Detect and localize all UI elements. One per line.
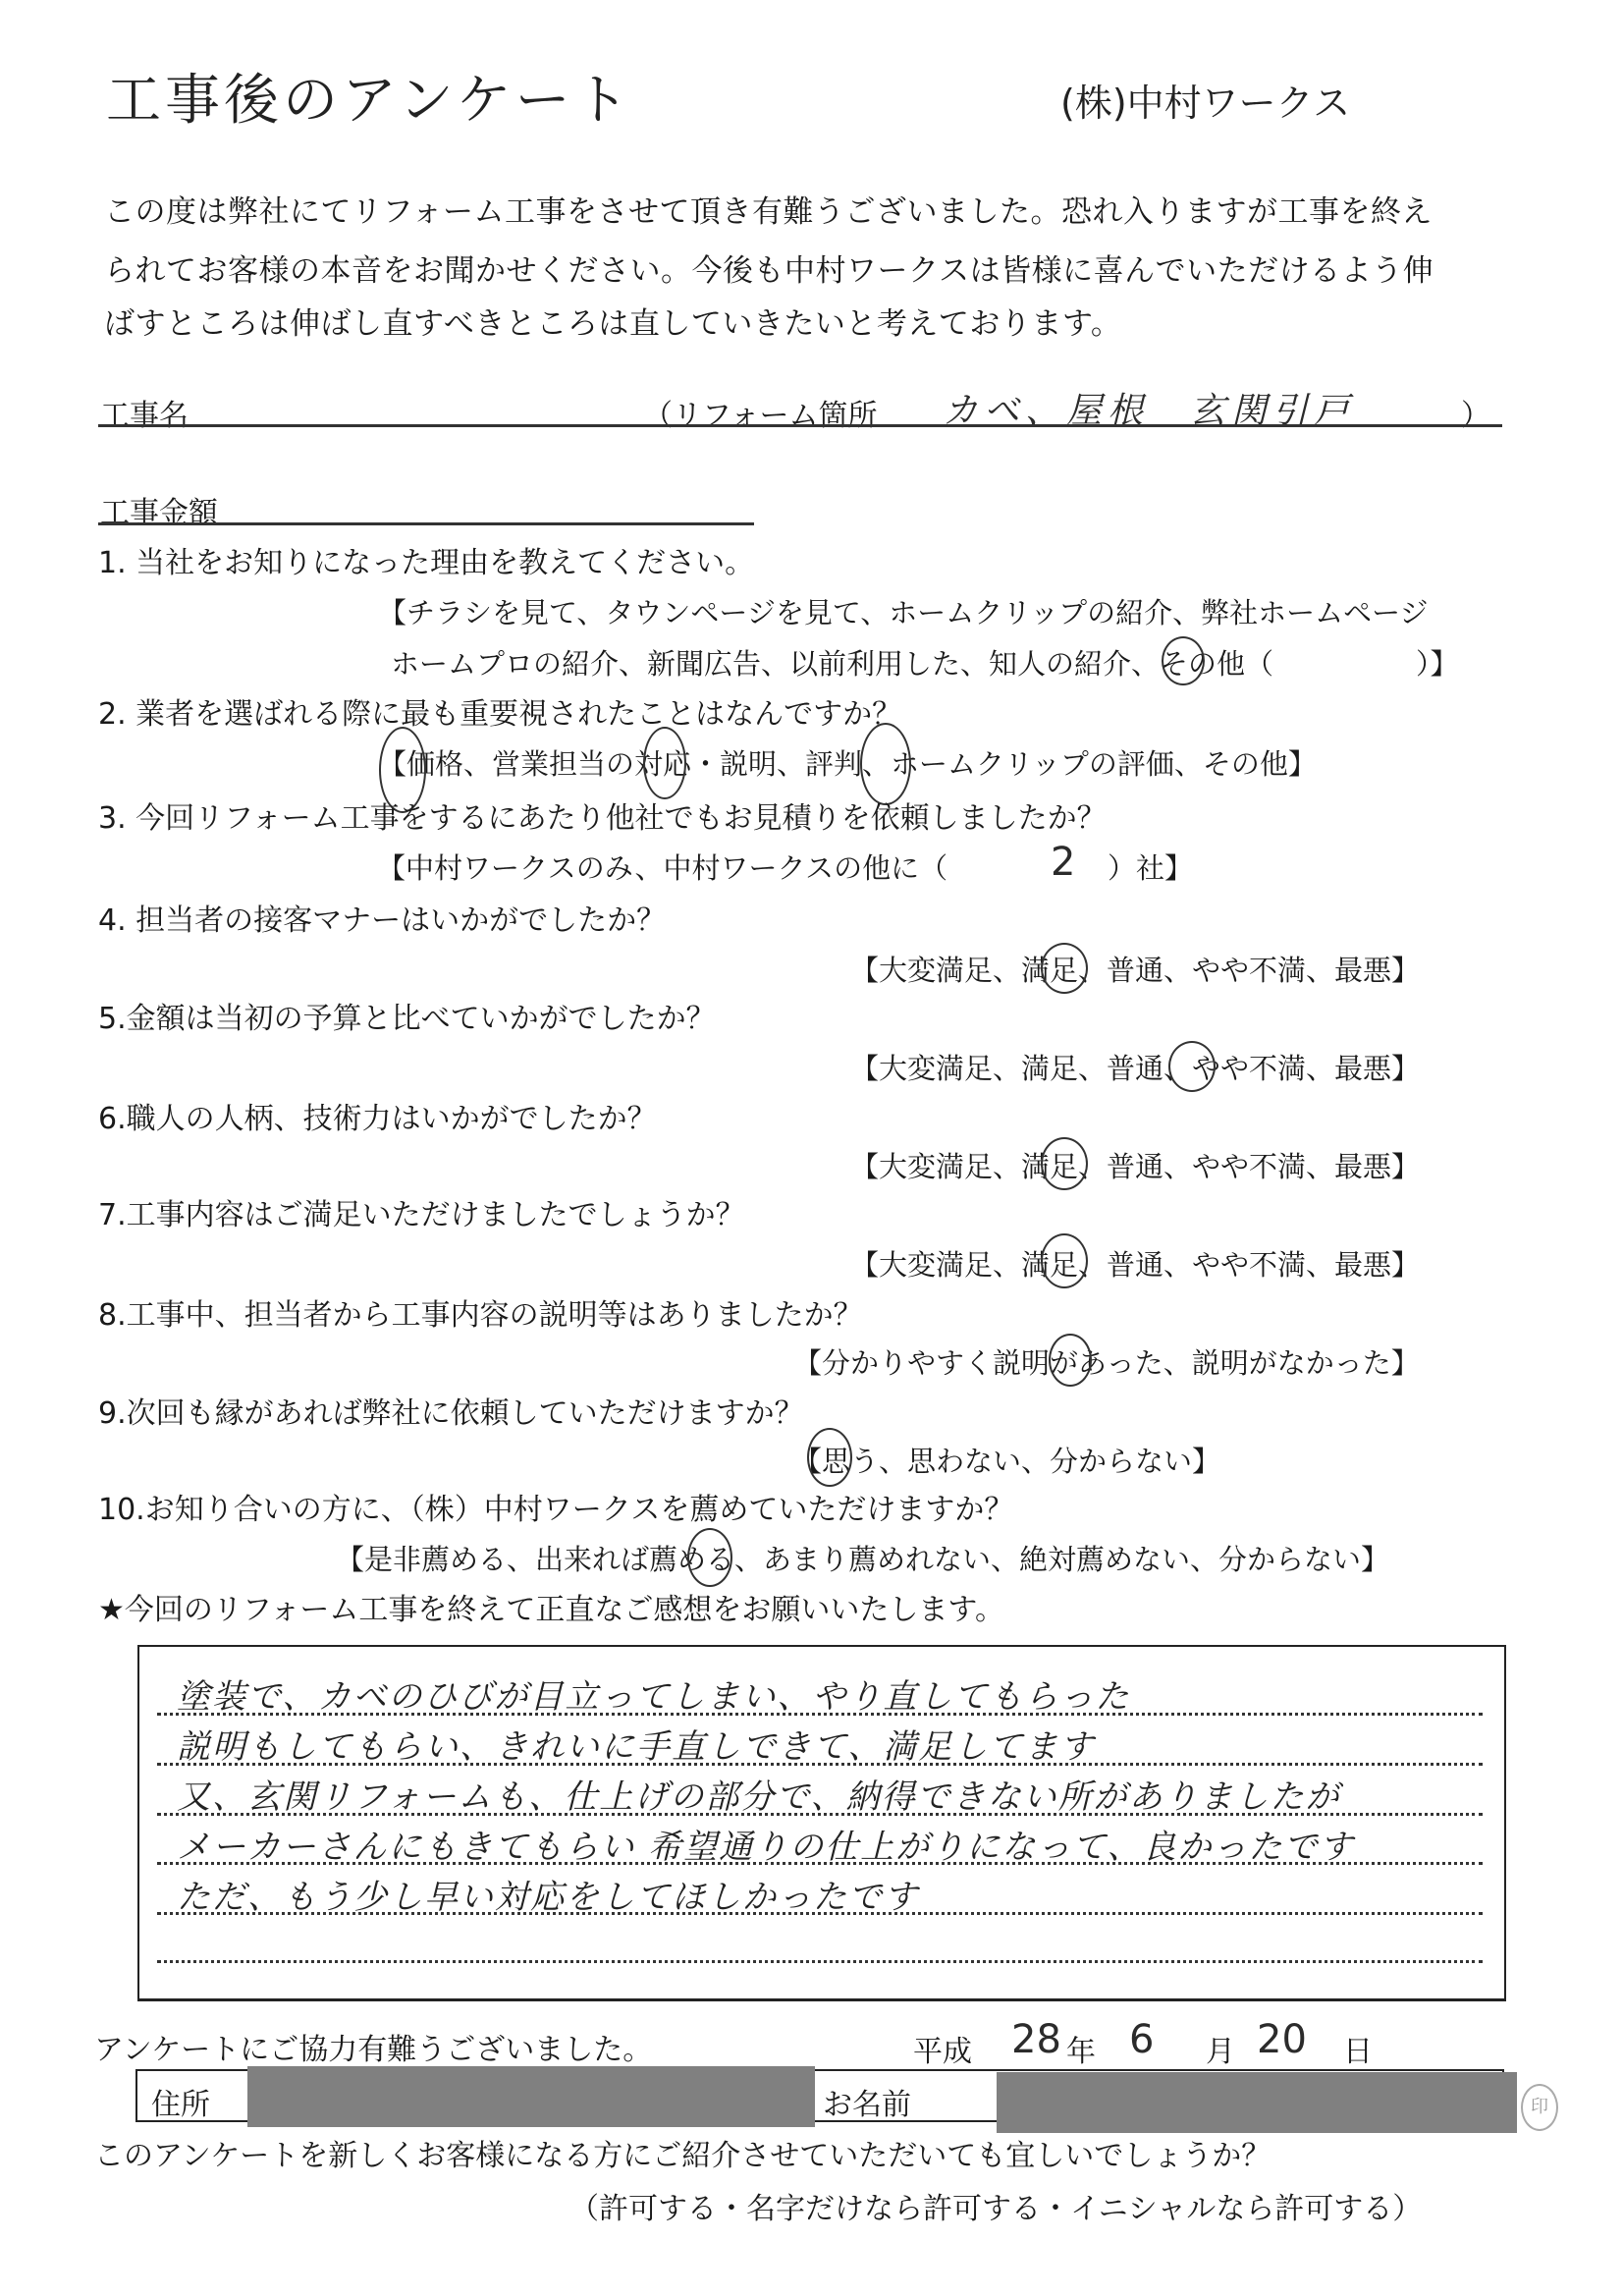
q8-selected-circle[interactable] — [1049, 1334, 1092, 1387]
comments-prompt: ★今回のリフォーム工事を終えて正直なご感想をお願いいたします。 — [98, 1585, 1004, 1628]
permission-options[interactable]: （許可する・名字だけなら許可する・イニシャルなら許可する） — [569, 2184, 1422, 2227]
q6-options: 【大変満足、満足、普通、やや不満、最悪】 — [850, 1145, 1420, 1185]
intro-line-1: この度は弊社にてリフォーム工事をさせて頂き有難うございました。恐れ入りますが工事… — [104, 187, 1433, 231]
date-month-label: 月 — [1206, 2027, 1235, 2070]
seal-stamp-icon: 印 — [1521, 2084, 1558, 2131]
q7-options: 【大変満足、満足、普通、やや不満、最悪】 — [850, 1243, 1420, 1284]
q1-options-line-1: 【チラシを見て、タウンページを見て、ホームクリップの紹介、弊社ホームページ — [378, 591, 1429, 631]
question-5: 5.金額は当初の予算と比べていかがでしたか？ — [98, 994, 716, 1037]
q2-selected-circle-staff[interactable] — [643, 727, 686, 799]
q9-options: 【思う、思わない、分からない】 — [793, 1440, 1220, 1480]
question-1: 1. 当社をお知りになった理由を教えてください。 — [98, 538, 754, 581]
intro-line-3: ばすところは伸ばし直すべきところは直していきたいと考えております。 — [104, 299, 1121, 343]
q5-selected-circle[interactable] — [1168, 1041, 1216, 1092]
reform-location-label: （リフォーム箇所 — [643, 391, 878, 434]
comment-rule-2 — [157, 1763, 1483, 1766]
comment-line-4: メーカーさんにもきてもらい 希望通りの仕上がりになって、良かったです — [177, 1820, 1354, 1868]
comment-line-5: ただ、もう少し早い対応をしてほしかったです — [177, 1870, 919, 1918]
question-2: 2. 業者を選ばれる際に最も重要視されたことはなんですか？ — [98, 689, 901, 733]
company-name: (株)中村ワークス — [1060, 73, 1350, 127]
date-year-label: 年 — [1066, 2027, 1096, 2070]
name-label: お名前 — [823, 2080, 911, 2123]
intro-line-2: られてお客様の本音をお聞かせください。今後も中村ワークスは皆様に喜んでいただける… — [104, 246, 1434, 290]
question-4: 4. 担当者の接客マナーはいかがでしたか？ — [98, 896, 666, 939]
date-day-label: 日 — [1343, 2027, 1373, 2070]
comment-rule-4 — [157, 1862, 1483, 1865]
comment-rule-6 — [157, 1960, 1483, 1963]
address-redacted — [247, 2066, 815, 2127]
q3-options-suffix: ）社】 — [1108, 847, 1193, 887]
comment-rule-1 — [157, 1713, 1483, 1716]
page-title: 工事後のアンケート — [106, 57, 633, 136]
name-redacted — [997, 2072, 1517, 2133]
address-label: 住所 — [151, 2080, 210, 2123]
permission-question: このアンケートを新しくお客様になる方にご紹介させていただいても宜しいでしょうか？ — [94, 2131, 1271, 2174]
q3-options-prefix: 【中村ワークスのみ、中村ワークスの他に（ — [377, 847, 947, 887]
q4-selected-circle[interactable] — [1041, 943, 1088, 994]
q8-options: 【分かりやすく説明があった、説明がなかった】 — [793, 1341, 1420, 1382]
q6-selected-circle[interactable] — [1041, 1137, 1088, 1190]
date-era: 平成 — [913, 2027, 972, 2070]
q2-options: 【価格、営業担当の対応・説明、評判、ホームクリップの評価、その他】 — [378, 742, 1317, 783]
project-amount-underline — [98, 522, 754, 525]
date-month[interactable]: 6 — [1129, 2017, 1154, 2062]
question-9: 9.次回も縁があれば弊社に依頼していただけますか？ — [98, 1389, 804, 1432]
comment-line-1: 塗装で、カベのひびが目立ってしまい、やり直してもらった — [177, 1669, 1130, 1718]
q9-selected-circle[interactable] — [807, 1428, 852, 1487]
project-name-label: 工事名 — [100, 391, 189, 434]
question-10: 10.お知り合いの方に、（株）中村ワークスを薦めていただけますか？ — [98, 1485, 1013, 1528]
thanks-text: アンケートにご協力有難うございました。 — [94, 2025, 652, 2068]
question-7: 7.工事内容はご満足いただけましたでしょうか？ — [98, 1190, 745, 1233]
question-6: 6.職人の人柄、技術力はいかがでしたか？ — [98, 1094, 657, 1137]
question-8: 8.工事中、担当者から工事内容の説明等はありましたか？ — [98, 1290, 863, 1334]
comment-rule-5 — [157, 1912, 1483, 1915]
project-name-underline — [98, 424, 1502, 427]
comment-line-2: 説明もしてもらい、きれいに手直しできて、満足してます — [177, 1720, 1095, 1768]
reform-location-close: ） — [1461, 391, 1490, 434]
q4-options: 【大変満足、満足、普通、やや不満、最悪】 — [850, 949, 1420, 989]
q3-other-companies-count[interactable]: 2 — [1051, 840, 1075, 885]
date-day[interactable]: 20 — [1257, 2017, 1307, 2062]
question-3: 3. 今回リフォーム工事をするにあたり他社でもお見積りを依頼しましたか？ — [98, 793, 1107, 837]
q7-selected-circle[interactable] — [1041, 1233, 1088, 1288]
date-year[interactable]: 28 — [1011, 2017, 1061, 2062]
q10-options: 【是非薦める、出来れば薦める、あまり薦めれない、絶対薦めない、分からない】 — [336, 1538, 1389, 1578]
q1-selected-circle[interactable] — [1162, 636, 1205, 685]
comment-rule-3 — [157, 1813, 1483, 1816]
q5-options: 【大変満足、満足、普通、やや不満、最悪】 — [850, 1047, 1420, 1087]
q10-selected-circle[interactable] — [687, 1528, 732, 1587]
q1-options-line-2: ホームプロの紹介、新聞広告、以前利用した、知人の紹介、その他（ ）】 — [391, 642, 1459, 683]
comment-line-3: 又、玄関リフォームも、仕上げの部分で、納得できない所がありましたが — [177, 1770, 1341, 1818]
